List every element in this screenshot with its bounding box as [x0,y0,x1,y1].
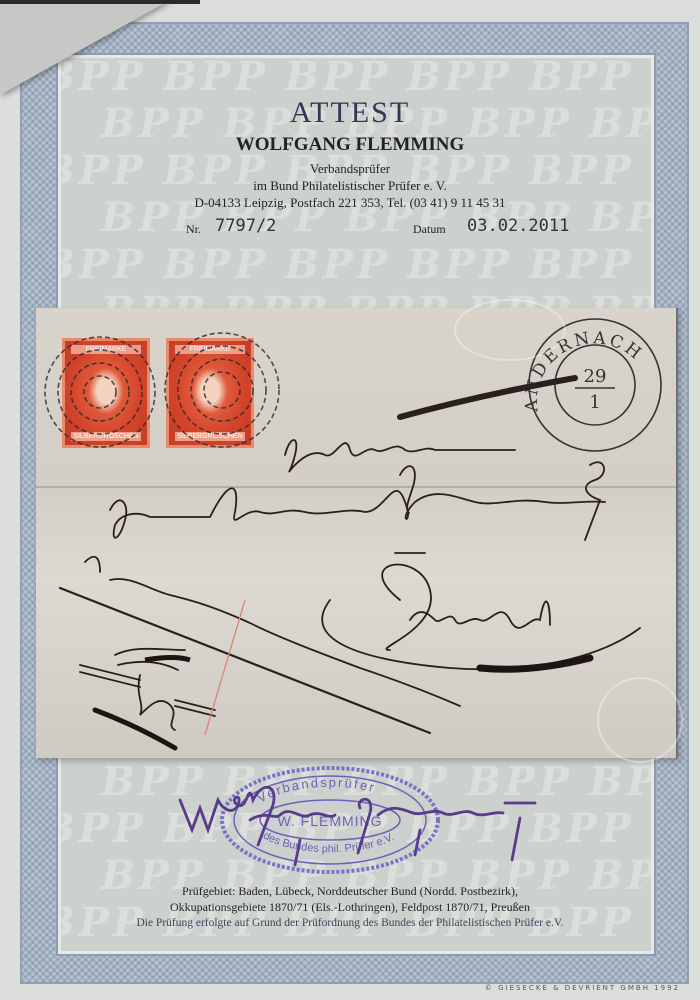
expert-seal-icon: W. FLEMMING Verbandsprüfer des Bundes ph… [222,768,438,872]
footer-scope-line-2: Okkupationsgebiete 1870/71 (Els.-Lothrin… [0,900,700,915]
numeral-cancel-icon [45,333,279,447]
svg-text:29: 29 [584,366,607,387]
footer-legal-note: Die Prüfung erfolgte auf Grund der Prüfo… [0,917,700,929]
folded-corner [0,0,170,95]
svg-text:1: 1 [589,392,600,413]
printer-imprint: © GIESECKE & DEVRIENT GMBH 1992 [485,984,680,992]
footer-scope-line-1: Prüfgebiet: Baden, Lübeck, Norddeutscher… [0,884,700,899]
svg-text:des Bundes phil. Prüfer e.V.: des Bundes phil. Prüfer e.V. [261,830,396,856]
cover-markings: ANDERNACH 29 1 [0,0,700,1000]
corner-shadow [0,0,200,4]
certificate-page: BPPBPPBPPBPPBPPBPPBPPBPPBPPBPPBPPBPPBPPB… [0,0,700,1000]
